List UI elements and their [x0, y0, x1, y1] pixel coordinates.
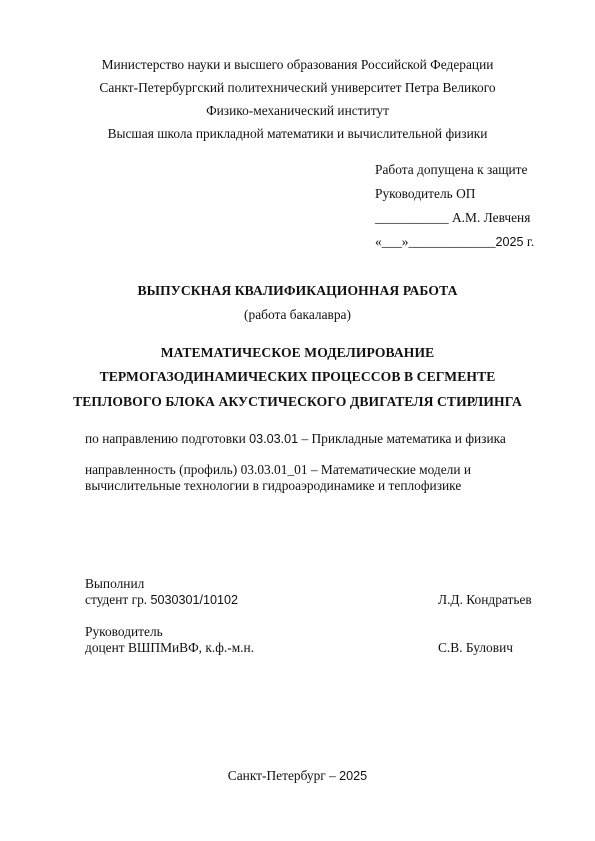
title-line-2: ТЕРМОГАЗОДИНАМИЧЕСКИХ ПРОЦЕССОВ В СЕГМЕН…: [0, 369, 595, 385]
profile-line-1: направленность (профиль) 03.03.01_01 – М…: [85, 462, 471, 478]
approval-date: «___»_____________2025 г.: [375, 234, 534, 250]
date-suffix: г.: [524, 234, 535, 249]
date-blank: «___»_____________: [375, 234, 496, 249]
head-signature: ___________ А.М. Левченя: [375, 210, 530, 226]
date-year: 2025: [496, 235, 524, 249]
supervisor-name: С.В. Булович: [438, 640, 513, 656]
university-line: Санкт-Петербургский политехнический унив…: [0, 80, 595, 96]
work-type: ВЫПУСКНАЯ КВАЛИФИКАЦИОННАЯ РАБОТА: [0, 283, 595, 299]
supervisor-position: доцент ВШПМиВФ, к.ф.-м.н.: [85, 640, 254, 656]
footer-city-year: Санкт-Петербург – 2025: [0, 768, 595, 784]
direction-suffix: – Прикладные математика и физика: [298, 431, 506, 446]
student-group: студент гр. 5030301/10102: [85, 592, 238, 608]
direction-line: по направлению подготовки 03.03.01 – При…: [85, 431, 506, 447]
title-line-1: МАТЕМАТИЧЕСКОЕ МОДЕЛИРОВАНИЕ: [0, 345, 595, 361]
ministry-line: Министерство науки и высшего образования…: [0, 57, 595, 73]
direction-code: 03.03.01: [249, 432, 298, 446]
work-subtype: (работа бакалавра): [0, 307, 595, 323]
footer-city: Санкт-Петербург –: [228, 768, 339, 783]
student-prefix: студент гр.: [85, 592, 150, 607]
admitted-label: Работа допущена к защите: [375, 162, 527, 178]
institute-line: Физико-механический институт: [0, 103, 595, 119]
school-line: Высшая школа прикладной математики и выч…: [0, 126, 595, 142]
profile-line-2: вычислительные технологии в гидроаэродин…: [85, 478, 461, 494]
title-line-3: ТЕПЛОВОГО БЛОКА АКУСТИЧЕСКОГО ДВИГАТЕЛЯ …: [0, 394, 595, 410]
group-number: 5030301/10102: [150, 593, 238, 607]
student-name: Л.Д. Кондратьев: [438, 592, 532, 608]
performed-label: Выполнил: [85, 576, 144, 592]
head-name: А.М. Левченя: [452, 210, 530, 225]
footer-year: 2025: [339, 769, 367, 783]
direction-prefix: по направлению подготовки: [85, 431, 249, 446]
supervisor-label: Руководитель: [85, 624, 163, 640]
head-label: Руководитель ОП: [375, 186, 475, 202]
signature-line: ___________: [375, 210, 449, 225]
